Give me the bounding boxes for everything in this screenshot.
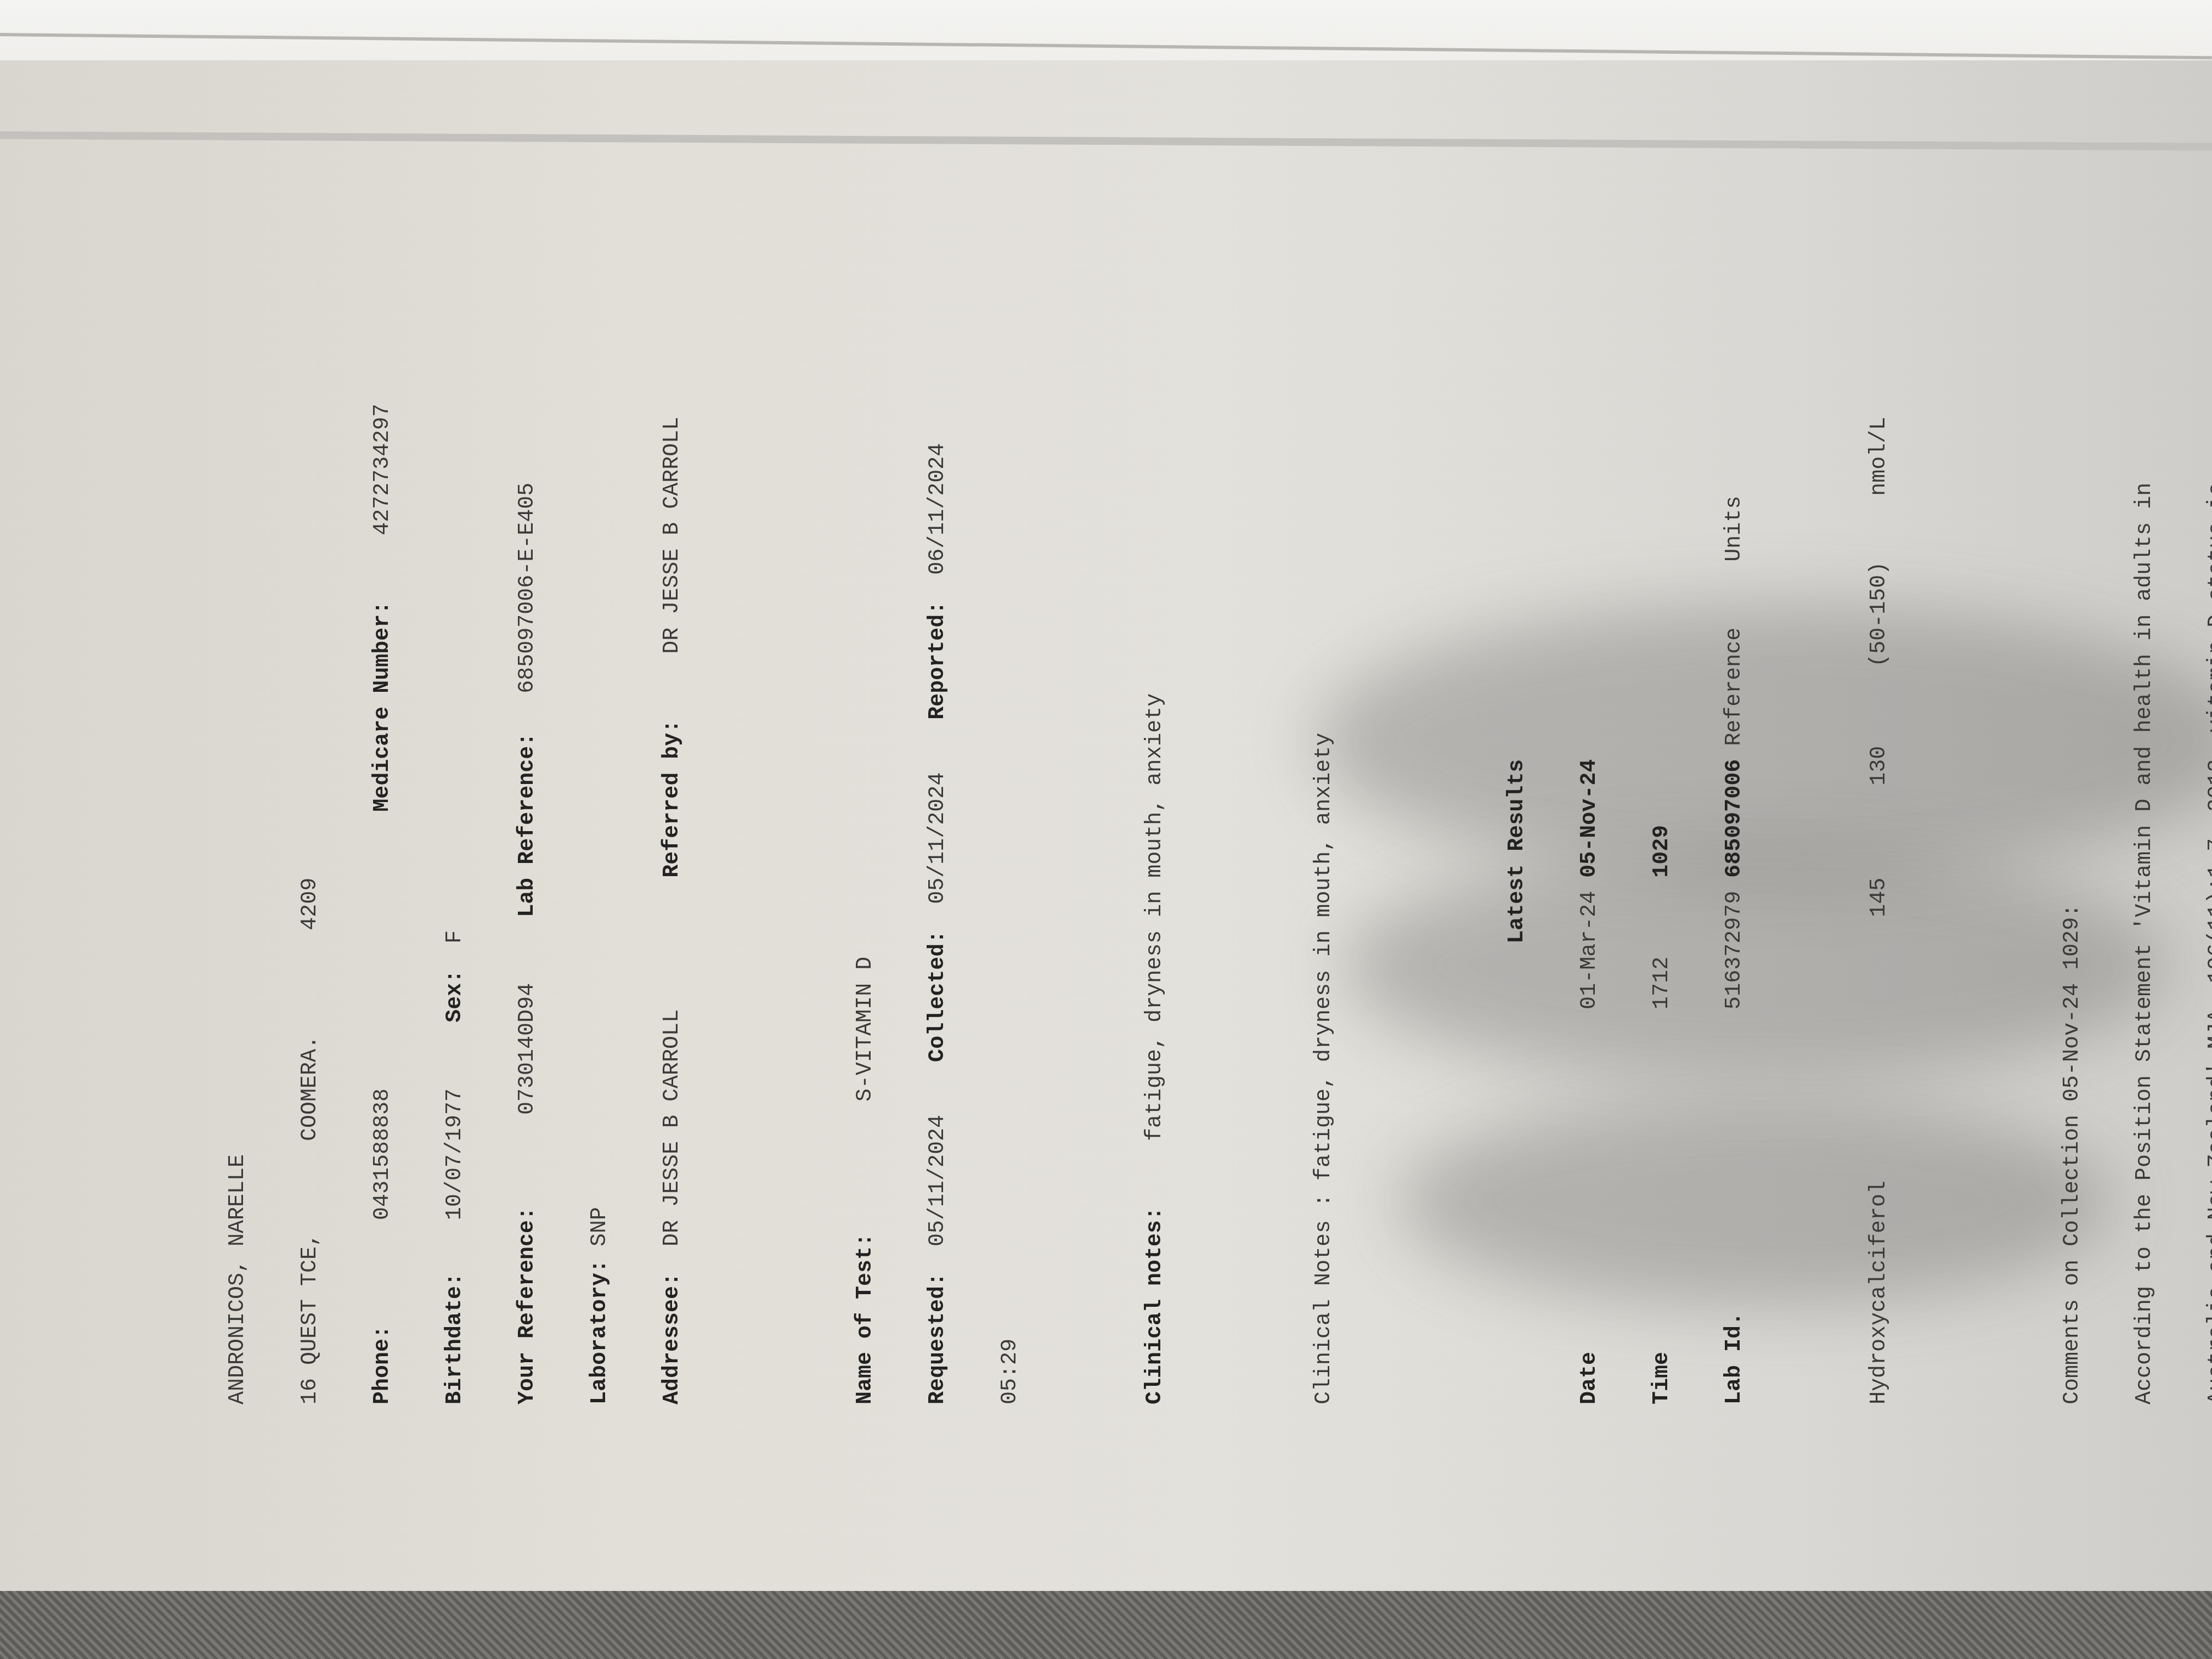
latest-results-header-row: Latest Results (1505, 143, 1530, 1404)
test-name-label: Name of Test: (853, 1233, 878, 1404)
comments-line: Australia and New Zealand' MJA, 196(11):… (2205, 143, 2212, 1404)
birthdate-label: Birthdate: (443, 1273, 467, 1404)
sex-label: Sex: (443, 970, 467, 1023)
clinical-notes-label: Clinical notes: (1143, 1207, 1167, 1404)
clinical-notes-line: Clinical Notes : fatigue, dryness in mou… (1312, 143, 1336, 1404)
comments-line-2: Australia and New Zealand' MJA, 196(11):… (2205, 483, 2212, 1404)
requested-label: Requested: (926, 1273, 950, 1404)
sex-value: F (443, 930, 467, 944)
referred-by-label: Referred by: (660, 720, 685, 878)
reference-header: Reference (1722, 628, 1747, 746)
your-reference-value: 0730140D94 (515, 983, 540, 1115)
patient-suburb: COOMERA. (298, 1036, 323, 1141)
requested-time-row: 05:29 (998, 143, 1023, 1404)
date-col-1: 01-Mar-24 (1577, 891, 1602, 1009)
date-label: Date (1577, 1352, 1602, 1404)
analyte-value-2: 130 (1867, 746, 1892, 786)
analyte-value-1: 145 (1867, 878, 1892, 917)
clinical-notes-text: Clinical Notes : fatigue, dryness in mou… (1312, 733, 1336, 1404)
results-time-row: Time 1712 1029 (1650, 143, 1674, 1404)
comments-line-1: According to the Position Statement 'Vit… (2132, 483, 2157, 1404)
time-col-1: 1712 (1650, 957, 1674, 1009)
results-labid-row: Lab Id. 516372979 685097006 Reference Un… (1723, 143, 1747, 1404)
phone-value: 0431588838 (370, 1088, 395, 1220)
phone-label: Phone: (370, 1325, 395, 1404)
reported-value: 06/11/2024 (926, 443, 950, 575)
report-text-block: ANDRONICOS, NARELLE 16 QUEST TCE, COOMER… (154, 143, 2212, 1404)
laboratory-label: Laboratory: (588, 1260, 612, 1404)
analyte-reference: (50-150) (1867, 562, 1892, 667)
requested-value: 05/11/2024 (926, 1115, 950, 1246)
labid-col-1: 516372979 (1722, 891, 1747, 1009)
analyte-name: Hydroxycalciferol (1867, 1181, 1892, 1404)
patient-address-row: 16 QUEST TCE, COOMERA. 4209 (298, 143, 323, 1404)
patient-address: 16 QUEST TCE, (298, 1233, 323, 1404)
time-label: Time (1650, 1352, 1674, 1404)
comments-heading: Comments on Collection 05-Nov-24 1029: (2061, 143, 2085, 1404)
laboratory-value: SNP (588, 1207, 612, 1246)
phone-row: Phone: 0431588838 Medicare Number: 42727… (371, 143, 395, 1404)
labid-label: Lab Id. (1722, 1312, 1747, 1404)
analyte-units: nmol/L (1867, 417, 1892, 496)
time-col-2: 1029 (1650, 825, 1674, 878)
labid-col-2: 685097006 (1722, 759, 1747, 878)
lab-reference-value: 685097006-E-E405 (515, 483, 540, 693)
carpet-floor (0, 1591, 2212, 1659)
reference-row: Your Reference: 0730140D94 Lab Reference… (516, 143, 540, 1404)
comments-line: According to the Position Statement 'Vit… (2133, 143, 2157, 1404)
results-date-row: Date 01-Mar-24 05-Nov-24 (1578, 143, 1602, 1404)
requested-time: 05:29 (998, 1339, 1023, 1404)
addressee-value: DR JESSE B CARROLL (660, 1009, 685, 1246)
medicare-value: 4272734297 (370, 404, 395, 535)
test-name-row: Name of Test: S-VITAMIN D (854, 143, 878, 1404)
patient-name-row: ANDRONICOS, NARELLE (226, 143, 250, 1404)
medicare-label: Medicare Number: (370, 601, 395, 812)
lab-reference-label: Lab Reference: (515, 733, 540, 917)
dates-row: Requested: 05/11/2024 Collected: 05/11/2… (926, 143, 950, 1404)
reported-label: Reported: (926, 601, 950, 720)
addressee-row: Addressee: DR JESSE B CARROLL Referred b… (661, 143, 685, 1404)
patient-postcode: 4209 (298, 878, 323, 930)
birthdate-value: 10/07/1977 (443, 1088, 467, 1220)
clinical-notes-row: Clinical notes: fatigue, dryness in mout… (1143, 143, 1167, 1404)
comments-heading-text: Comments on Collection 05-Nov-24 1029: (2060, 904, 2085, 1404)
referred-by-value: DR JESSE B CARROLL (660, 417, 685, 654)
clinical-notes-value: fatigue, dryness in mouth, anxiety (1143, 693, 1167, 1141)
collected-value: 05/11/2024 (926, 772, 950, 904)
result-row-hydroxycalciferol: Hydroxycalciferol 145 130 (50-150) nmol/… (1867, 143, 1892, 1404)
units-header: Units (1722, 496, 1747, 562)
your-reference-label: Your Reference: (515, 1207, 540, 1404)
addressee-label: Addressee: (660, 1273, 685, 1404)
collected-label: Collected: (926, 930, 950, 1062)
laboratory-row: Laboratory: SNP (588, 143, 612, 1404)
birthdate-row: Birthdate: 10/07/1977 Sex: F (443, 143, 467, 1404)
test-name-value: S-VITAMIN D (853, 957, 878, 1102)
date-col-2: 05-Nov-24 (1577, 759, 1602, 878)
patient-name: ANDRONICOS, NARELLE (225, 1154, 250, 1404)
latest-results-label: Latest Results (1505, 759, 1530, 944)
